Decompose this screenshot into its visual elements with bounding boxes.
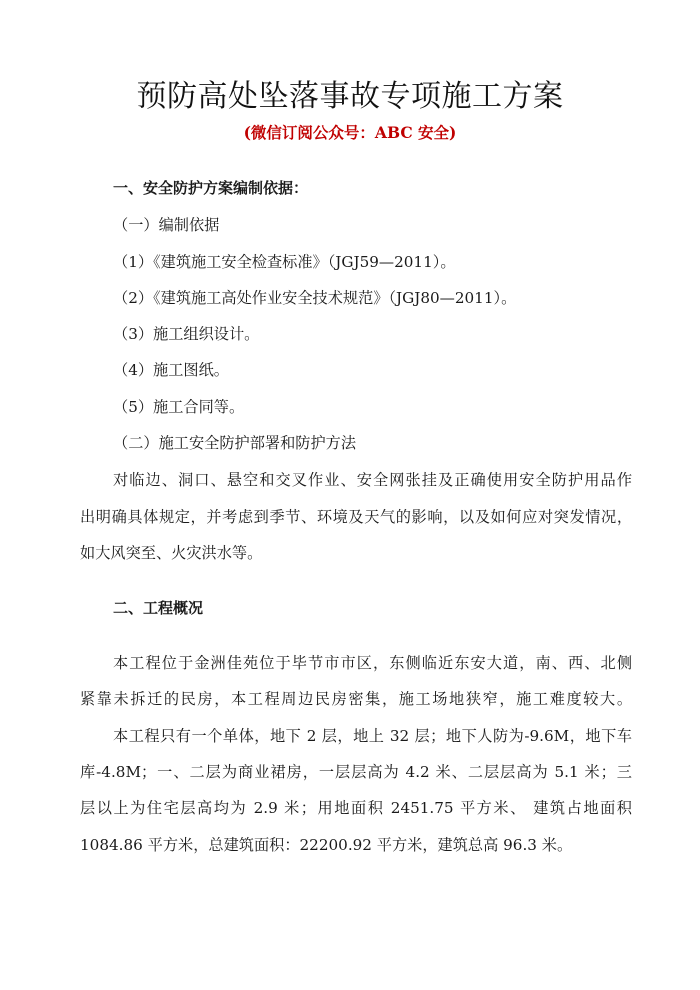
sub1-heading: （一）编制依据 (113, 215, 219, 235)
sub2-paragraph-line-1: 对临边、洞口、悬空和交叉作业、安全网张挂及正确使用安全防护用品作 (113, 470, 632, 490)
overview-p2-line-1: 本工程只有一个单体，地下 2 层，地上 32 层；地下人防为-9.6M，地下车 (113, 726, 632, 746)
document-subtitle: (微信订阅公众号：ABC 安全) (0, 122, 700, 144)
basis-item-3: （3）施工组织设计。 (113, 324, 259, 344)
section2-heading: 二、工程概况 (113, 598, 203, 618)
overview-p1-line-1: 本工程位于金洲佳苑位于毕节市市区，东侧临近东安大道，南、西、北侧 (113, 653, 632, 673)
basis-item-5: （5）施工合同等。 (113, 397, 244, 417)
document-page: 预防高处坠落事故专项施工方案 (微信订阅公众号：ABC 安全) 一、安全防护方案… (0, 0, 700, 990)
sub2-paragraph-line-2: 出明确具体规定，并考虑到季节、环境及天气的影响，以及如何应对突发情况， (80, 507, 632, 527)
basis-item-2: （2）《建筑施工高处作业安全技术规范》（JGJ80—2011）。 (113, 288, 516, 308)
sub2-paragraph-line-3: 如大风突至、火灾洪水等。 (80, 543, 262, 563)
overview-p1-line-2: 紧靠未拆迁的民房，本工程周边民房密集，施工场地狭窄，施工难度较大。 (80, 689, 632, 709)
basis-item-4: （4）施工图纸。 (113, 360, 229, 380)
overview-p2-line-2: 库-4.8M；一、二层为商业裙房，一层层高为 4.2 米、二层层高为 5.1 米… (80, 762, 632, 782)
sub2-heading: （二）施工安全防护部署和防护方法 (113, 433, 356, 453)
basis-item-1: （1）《建筑施工安全检查标准》（JGJ59—2011）。 (113, 252, 456, 272)
overview-p2-line-4: 1084.86 平方米，总建筑面积：22200.92 平方米，建筑总高 96.3… (80, 835, 572, 855)
document-title: 预防高处坠落事故专项施工方案 (0, 78, 700, 116)
section1-heading: 一、安全防护方案编制依据： (113, 178, 308, 198)
overview-p2-line-3: 层以上为住宅层高均为 2.9 米；用地面积 2451.75 平方米、 建筑占地面… (80, 798, 632, 818)
